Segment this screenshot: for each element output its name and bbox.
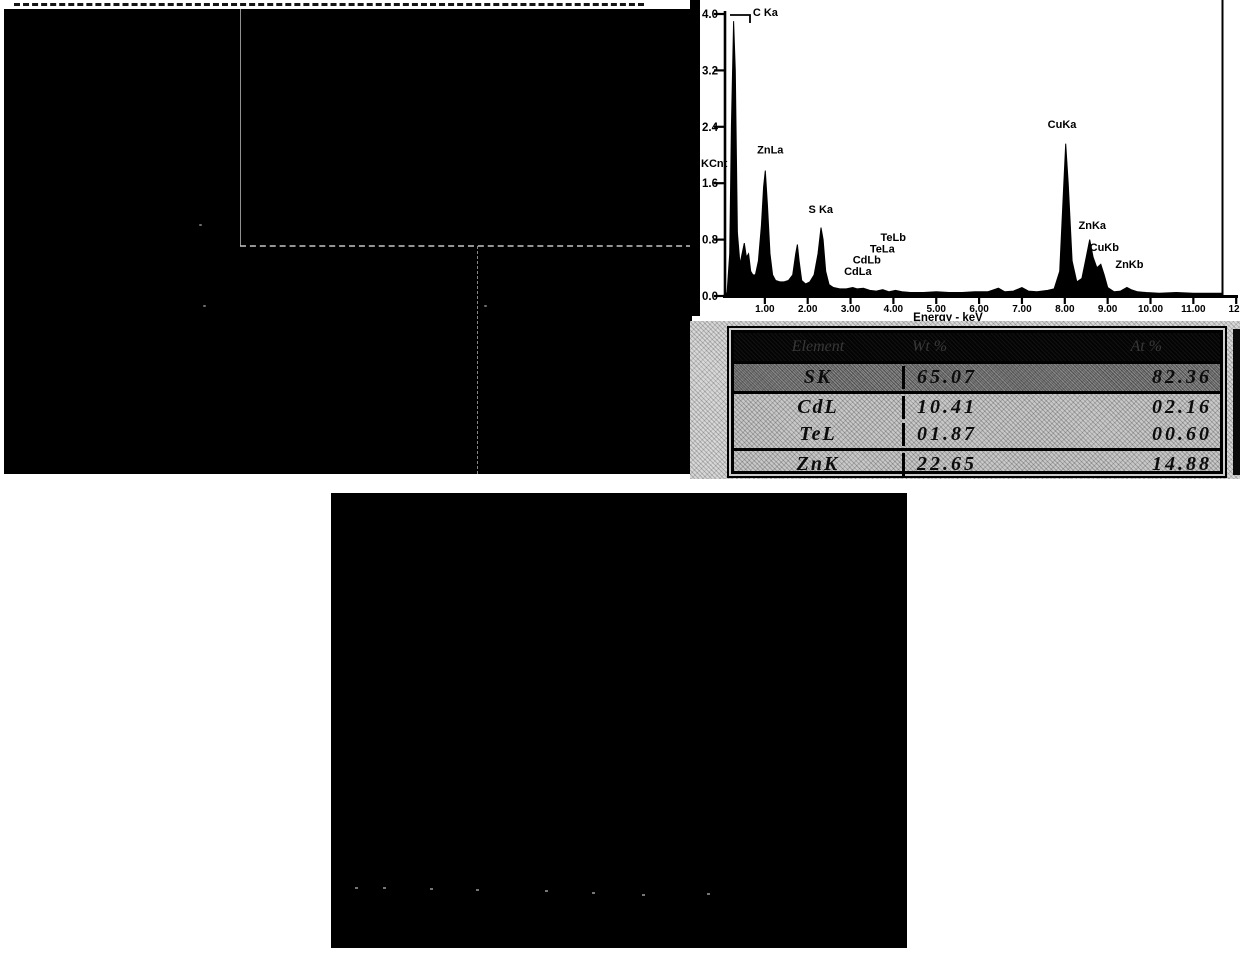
value-cells: 10.41 02.16 bbox=[902, 396, 1220, 419]
value-cells: 22.65 14.88 bbox=[902, 453, 1220, 476]
value-cells: 01.87 00.60 bbox=[902, 423, 1220, 446]
svg-text:ZnKa: ZnKa bbox=[1079, 220, 1107, 232]
table-row: CdL 10.41 02.16 bbox=[734, 394, 1220, 421]
svg-text:2.4: 2.4 bbox=[702, 122, 719, 134]
svg-text:8.00: 8.00 bbox=[1055, 304, 1075, 315]
table-header-row: Element Wt % At % bbox=[734, 333, 1220, 364]
svg-text:ZnLa: ZnLa bbox=[757, 145, 784, 157]
y-axis-ticks: 4.03.22.41.60.80.0 bbox=[702, 9, 724, 303]
eds-quant-table: Element Wt % At % SK 65.07 82.36 CdL 10.… bbox=[731, 330, 1223, 474]
wt-value: 10.41 bbox=[917, 396, 977, 419]
element-cell: TeL bbox=[734, 423, 902, 446]
svg-text:CuKa: CuKa bbox=[1048, 119, 1078, 131]
svg-text:CdLb: CdLb bbox=[853, 255, 881, 267]
scan-speck bbox=[707, 893, 710, 895]
header-values: Wt % At % bbox=[902, 338, 1220, 356]
svg-text:4.0: 4.0 bbox=[702, 9, 718, 21]
svg-text:11.00: 11.00 bbox=[1181, 304, 1206, 315]
value-cells: 65.07 82.36 bbox=[902, 366, 1220, 389]
svg-text:12: 12 bbox=[1228, 304, 1240, 315]
scanned-figure-page: { "colors": { "ink": "#000000", "paper":… bbox=[0, 0, 1240, 964]
element-cell: SK bbox=[734, 366, 902, 389]
scan-speck bbox=[476, 889, 479, 891]
at-value: 02.16 bbox=[1152, 396, 1212, 419]
x-axis-ticks: 1.002.003.004.005.006.007.008.009.0010.0… bbox=[755, 297, 1240, 315]
spectrum-area bbox=[724, 21, 1222, 296]
header-at-percent: At % bbox=[1130, 338, 1162, 356]
wt-value: 65.07 bbox=[917, 366, 977, 389]
svg-text:0.0: 0.0 bbox=[702, 291, 718, 303]
eds-spectrum-chart: 4.03.22.41.60.80.0 1.002.003.004.005.006… bbox=[690, 0, 1240, 330]
svg-text:ZnKb: ZnKb bbox=[1115, 259, 1143, 271]
peak-labels: C KaZnLaS KaCdLaCdLbTeLaTeLbCuKaZnKaCuKb… bbox=[753, 7, 1144, 278]
scan-speck bbox=[430, 888, 433, 890]
scan-speck bbox=[545, 890, 548, 892]
y-axis-title: KCnt bbox=[701, 158, 728, 170]
svg-text:1.00: 1.00 bbox=[755, 304, 775, 315]
scan-speck bbox=[484, 305, 487, 307]
montage-seam-horizontal bbox=[240, 245, 692, 247]
element-cell: ZnK bbox=[734, 453, 902, 476]
tem-micrograph-montage bbox=[4, 9, 692, 474]
scan-speck bbox=[203, 305, 206, 307]
cka-peak-bracket bbox=[730, 15, 750, 23]
scan-speck bbox=[642, 894, 645, 896]
scan-speck bbox=[355, 887, 358, 889]
svg-text:CdLa: CdLa bbox=[844, 266, 872, 278]
element-cell: CdL bbox=[734, 396, 902, 419]
svg-text:S Ka: S Ka bbox=[809, 204, 834, 216]
svg-text:C Ka: C Ka bbox=[753, 7, 779, 19]
table-row: ZnK 22.65 14.88 bbox=[734, 451, 1220, 478]
svg-text:2.00: 2.00 bbox=[798, 304, 818, 315]
header-wt-percent: Wt % bbox=[912, 338, 947, 356]
svg-text:3.2: 3.2 bbox=[702, 65, 718, 77]
svg-text:TeLb: TeLb bbox=[881, 232, 907, 244]
tem-micrograph-bottom bbox=[331, 493, 907, 948]
svg-text:1.6: 1.6 bbox=[702, 178, 718, 190]
scan-speck bbox=[592, 892, 595, 894]
table-row: SK 65.07 82.36 bbox=[734, 364, 1220, 394]
svg-text:TeLa: TeLa bbox=[870, 243, 896, 255]
scan-speck bbox=[199, 224, 202, 226]
scan-speck bbox=[383, 887, 386, 889]
svg-text:4.00: 4.00 bbox=[884, 304, 904, 315]
scan-artifact-top-line bbox=[14, 3, 644, 6]
at-value: 14.88 bbox=[1152, 453, 1212, 476]
montage-seam-vertical-right bbox=[477, 246, 479, 474]
svg-text:9.00: 9.00 bbox=[1098, 304, 1118, 315]
svg-text:3.00: 3.00 bbox=[841, 304, 861, 315]
header-element: Element bbox=[734, 338, 902, 356]
at-value: 00.60 bbox=[1152, 423, 1212, 446]
svg-text:CuKb: CuKb bbox=[1090, 242, 1120, 254]
table-row: TeL 01.87 00.60 bbox=[734, 421, 1220, 451]
svg-text:0.8: 0.8 bbox=[702, 235, 719, 247]
wt-value: 22.65 bbox=[917, 453, 977, 476]
at-value: 82.36 bbox=[1152, 366, 1212, 389]
svg-text:7.00: 7.00 bbox=[1012, 304, 1032, 315]
wt-value: 01.87 bbox=[917, 423, 977, 446]
montage-seam-vertical-left bbox=[240, 9, 241, 246]
svg-text:10.00: 10.00 bbox=[1138, 304, 1163, 315]
